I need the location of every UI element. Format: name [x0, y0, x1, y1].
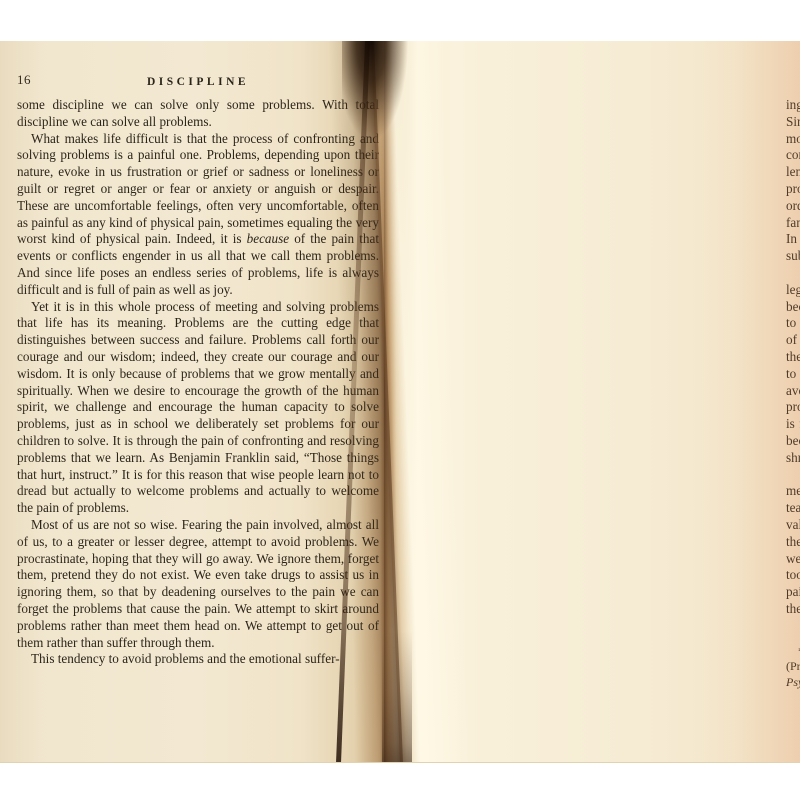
- paragraph: * Collected Works of C. G. Jung, Bolling…: [786, 644, 800, 691]
- paragraph: This tendency to avoid problems and the …: [17, 651, 379, 668]
- text-segment: What makes life difficult is that the pr…: [17, 131, 379, 247]
- right-page: Problems and Pain 17 ing inherent in the…: [384, 41, 800, 762]
- paragraph: Therefore let us inculcate in ourselves …: [786, 467, 800, 618]
- paragraph: Most of us are not so wise. Fearing the …: [17, 517, 379, 651]
- text-segment: because: [247, 231, 289, 246]
- paragraph: What makes life difficult is that the pr…: [17, 131, 379, 299]
- text-segment: some discipline we can solve only some p…: [17, 97, 379, 129]
- text-segment: Psychology and Religion: West and East: [786, 675, 800, 689]
- footnote: * Collected Works of C. G. Jung, Bolling…: [786, 644, 800, 691]
- text-segment: Yet it is in this whole process of meeti…: [17, 299, 379, 516]
- right-page-paragraphs: ing inherent in them is the primary basi…: [786, 97, 800, 618]
- left-page-number: 16: [17, 72, 31, 88]
- right-page-header: Problems and Pain 17: [786, 72, 800, 90]
- left-page-header: 16 DISCIPLINE: [17, 72, 379, 90]
- text-segment: This tendency to avoid problems and the …: [31, 651, 340, 666]
- paragraph: ing inherent in them is the primary basi…: [786, 97, 800, 265]
- book-photo: 16 DISCIPLINE some discipline we can sol…: [0, 41, 800, 763]
- paragraph: Yet it is in this whole process of meeti…: [17, 299, 379, 517]
- paragraph: some discipline we can solve only some p…: [17, 97, 379, 131]
- left-running-head: DISCIPLINE: [147, 76, 249, 88]
- right-page-body: ing inherent in them is the primary basi…: [786, 97, 800, 690]
- paragraph: But the substitute itself ultimately bec…: [786, 265, 800, 467]
- screenshot-canvas: { "colors": { "frame_background": "#ffff…: [0, 0, 800, 800]
- left-page: 16 DISCIPLINE some discipline we can sol…: [0, 41, 384, 762]
- text-segment: Most of us are not so wise. Fearing the …: [17, 517, 379, 650]
- left-page-body: some discipline we can solve only some p…: [17, 97, 379, 668]
- text-segment: ing inherent in them is the primary basi…: [786, 97, 800, 263]
- text-segment: But the substitute itself ultimately bec…: [786, 265, 800, 465]
- text-segment: Therefore let us inculcate in ourselves …: [786, 467, 800, 616]
